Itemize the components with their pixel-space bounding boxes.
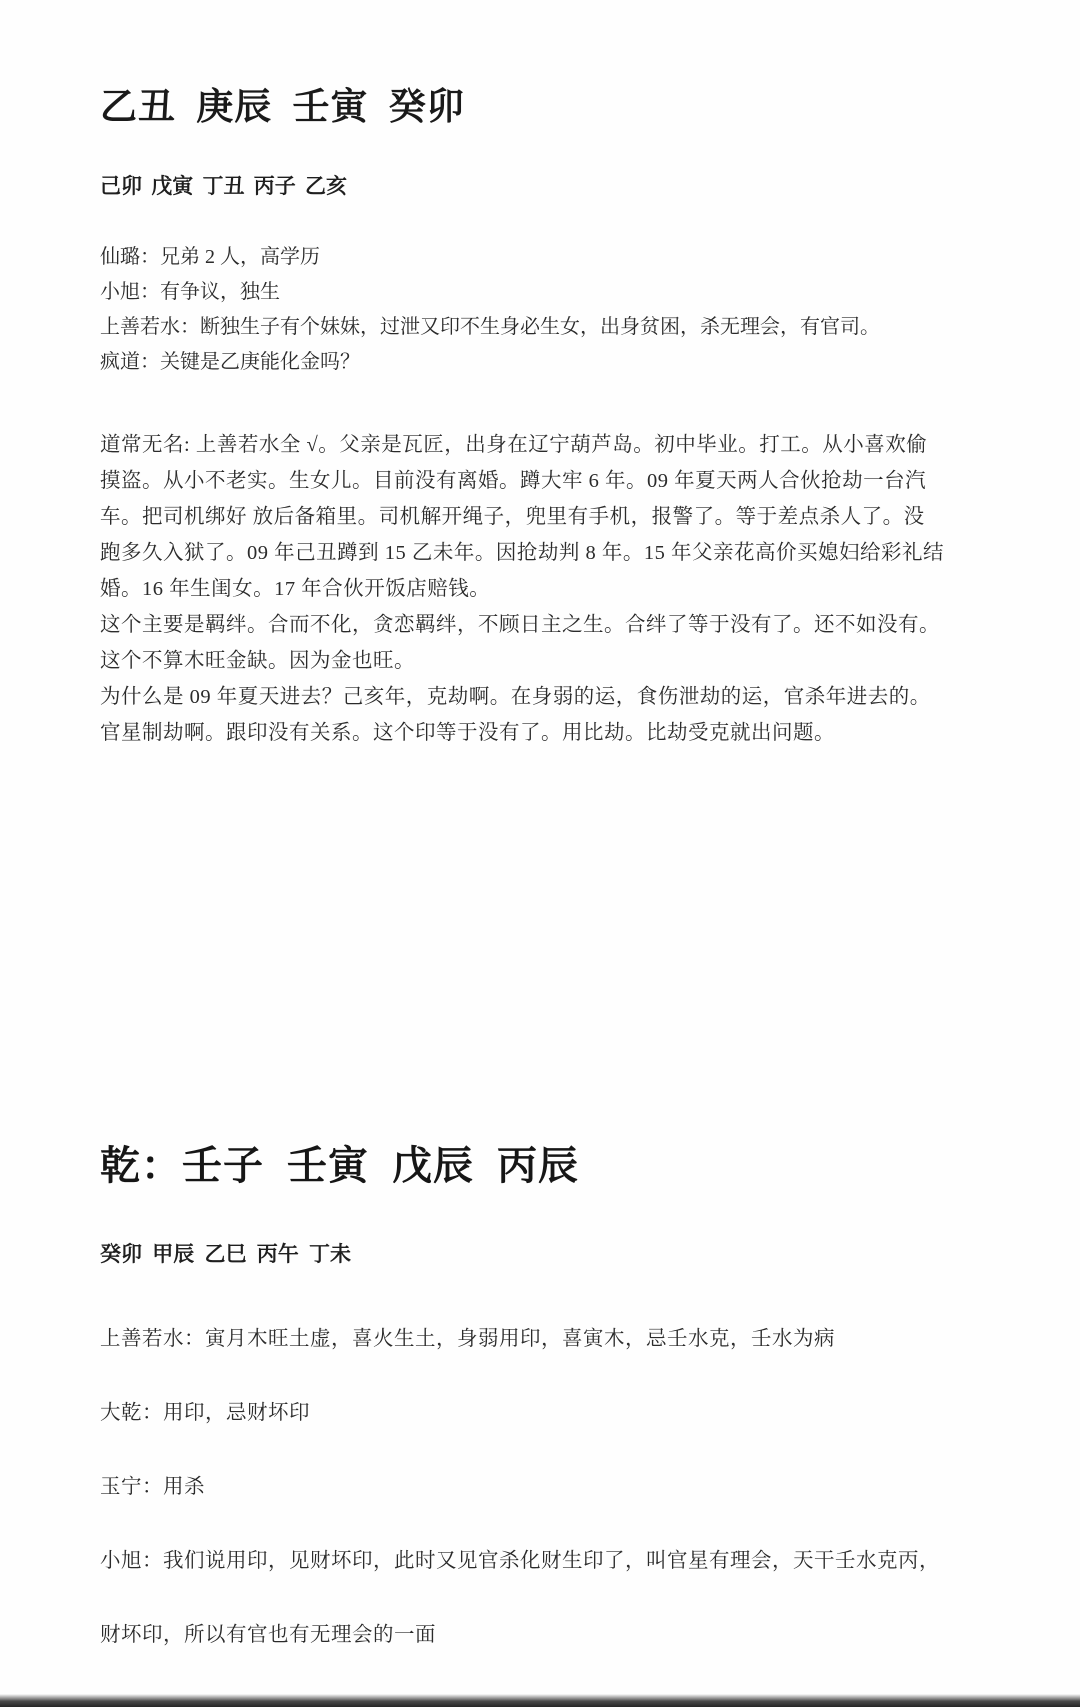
analysis-line: 道常无名: 上善若水全 √。父亲是瓦匠，出身在辽宁葫芦岛。初中毕业。打工。从小喜… [100, 427, 1080, 463]
comment-line: 仙璐：兄弟 2 人，高学历 [100, 240, 1080, 275]
analysis-line: 摸盗。从小不老实。生女儿。目前没有离婚。蹲大牢 6 年。09 年夏天两人合伙抢劫… [100, 463, 1080, 499]
analysis-line: 车。把司机绑好 放后备箱里。司机解开绳子，兜里有手机，报警了。等于差点杀人了。没 [100, 499, 1080, 535]
analysis-line: 官星制劫啊。跟印没有关系。这个印等于没有了。用比劫。比劫受克就出问题。 [100, 715, 1080, 751]
analysis-line: 跑多久入狱了。09 年己丑蹲到 15 乙未年。因抢劫判 8 年。15 年父亲花高… [100, 535, 1080, 571]
comment-line: 上善若水：寅月木旺土虚，喜火生土，身弱用印，喜寅木，忌壬水克，壬水为病 [100, 1326, 1080, 1400]
comment-line: 疯道：关键是乙庚能化金吗？ [100, 345, 1080, 380]
analysis-line: 这个不算木旺金缺。因为金也旺。 [100, 643, 1080, 679]
analysis-line: 为什么是 09 年夏天进去？己亥年，克劫啊。在身弱的运，食伤泄劫的运，官杀年进去… [100, 679, 1080, 715]
luck-pillars-line-2: 癸卯 甲辰 乙巳 丙午 丁未 [100, 1238, 351, 1268]
discussion-block-1: 仙璐：兄弟 2 人，高学历 小旭：有争议，独生 上善若水：断独生子有个妹妹，过泄… [100, 240, 1080, 380]
bazi-pillars-heading-1: 乙丑 庚辰 壬寅 癸卯 [100, 76, 465, 130]
luck-pillars-line-1: 己卯 戊寅 丁丑 丙子 乙亥 [100, 170, 347, 200]
comment-line: 小旭：我们说用印，见财坏印，此时又见官杀化财生印了，叫官星有理会，天干壬水克丙， [100, 1548, 1080, 1622]
comment-line: 大乾：用印，忌财坏印 [100, 1400, 1080, 1474]
bazi-pillars-heading-2: 乾：壬子 壬寅 戊辰 丙辰 [100, 1134, 579, 1191]
comment-line: 小旭：有争议，独生 [100, 275, 1080, 310]
comment-line: 财坏印，所以有官也有无理会的一面 [100, 1622, 1080, 1696]
comment-line: 玉宁：用杀 [100, 1474, 1080, 1548]
analysis-paragraph-1: 道常无名: 上善若水全 √。父亲是瓦匠，出身在辽宁葫芦岛。初中毕业。打工。从小喜… [100, 427, 1080, 751]
comment-line: 上善若水：断独生子有个妹妹，过泄又印不生身必生女，出身贫困，杀无理会，有官司。 [100, 310, 1080, 345]
analysis-line: 这个主要是羁绊。合而不化，贪恋羁绊，不顾日主之生。合绊了等于没有了。还不如没有。 [100, 607, 1080, 643]
analysis-line: 婚。16 年生闺女。17 年合伙开饭店赔钱。 [100, 571, 1080, 607]
document-page: 乙丑 庚辰 壬寅 癸卯 己卯 戊寅 丁丑 丙子 乙亥 仙璐：兄弟 2 人，高学历… [0, 0, 1080, 1707]
discussion-block-2: 上善若水：寅月木旺土虚，喜火生土，身弱用印，喜寅木，忌壬水克，壬水为病 大乾：用… [100, 1326, 1080, 1696]
bottom-edge-shadow [0, 1694, 1080, 1707]
